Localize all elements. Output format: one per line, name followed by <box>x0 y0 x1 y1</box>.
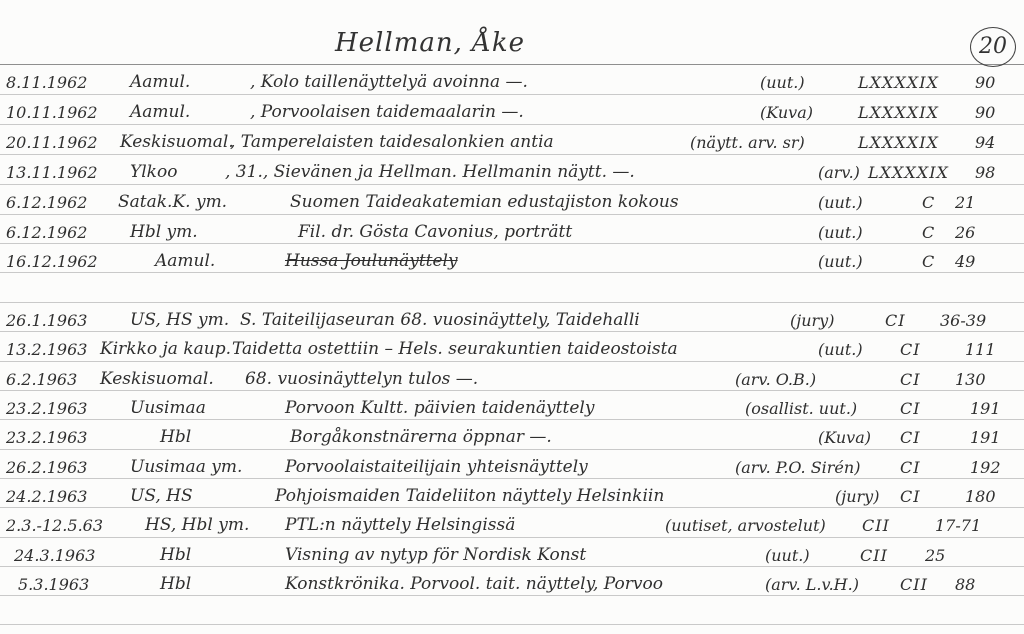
ruled-line <box>0 154 1024 155</box>
entry-date: 6.12.1962 <box>6 223 87 242</box>
entry-type: (jury) <box>790 311 834 330</box>
entry-type: (arv. P.O. Sirén) <box>735 458 860 477</box>
entry-source: Satak.K. ym. <box>118 192 227 212</box>
entry-date: 13.11.1962 <box>6 163 98 182</box>
entry-row: 20.11.1962 Keskisuomal. , Tamperelaisten… <box>0 126 1024 154</box>
entry-row: 6.2.1963 Keskisuomal. 68. vuosinäyttelyn… <box>0 363 1024 391</box>
entry-page: 49 <box>955 252 975 271</box>
entry-type: (näytt. arv. sr) <box>690 133 805 152</box>
ruled-line <box>0 449 1024 450</box>
entry-page: 36-39 <box>940 311 986 330</box>
ruled-line <box>0 214 1024 215</box>
entry-source: US, HS <box>130 486 193 506</box>
ruled-line <box>0 94 1024 95</box>
entry-title: 68. vuosinäyttelyn tulos —. <box>245 369 478 389</box>
ruled-line <box>0 624 1024 625</box>
ruled-line <box>0 124 1024 125</box>
entry-page: 94 <box>975 133 995 152</box>
entry-volume: C <box>922 252 935 271</box>
entry-date: 26.1.1963 <box>6 311 87 330</box>
entry-source: Hbl ym. <box>130 222 198 242</box>
entry-date: 23.2.1963 <box>6 399 87 418</box>
entry-date: 8.11.1962 <box>6 73 87 92</box>
entry-source: Keskisuomal. <box>120 132 234 152</box>
entry-page: 180 <box>965 487 996 506</box>
entry-row: 13.2.1963 Kirkko ja kaup. Taidetta ostet… <box>0 333 1024 361</box>
entry-source: Ylkoo <box>130 162 177 182</box>
entry-source: Uusimaa ym. <box>130 457 242 477</box>
entry-date: 24.3.1963 <box>14 546 95 565</box>
entry-title: S. Taiteilijaseuran 68. vuosinäyttely, T… <box>240 310 640 330</box>
entry-source: Aamul. <box>130 102 190 122</box>
entry-volume: C <box>922 193 935 212</box>
entry-volume: CII <box>860 546 888 565</box>
entry-volume: LXXXXIX <box>858 103 939 122</box>
entry-title: Hussa Joulunäyttely <box>285 251 458 271</box>
entry-source: HS, Hbl ym. <box>145 515 249 535</box>
entry-volume: CII <box>862 516 890 535</box>
entry-title: Konstkrönika. Porvool. tait. näyttely, P… <box>285 574 663 594</box>
entry-type: (uut.) <box>760 73 805 92</box>
entry-title: Fil. dr. Gösta Cavonius, porträtt <box>298 222 572 242</box>
entry-row: 6.12.1962 Hbl ym. Fil. dr. Gösta Cavoniu… <box>0 216 1024 244</box>
entry-row: 24.2.1963 US, HS Pohjoismaiden Taideliit… <box>0 480 1024 508</box>
entry-title: Suomen Taideakatemian edustajiston kokou… <box>290 192 679 212</box>
entry-page: 111 <box>965 340 996 359</box>
entry-title: , Porvoolaisen taidemaalarin —. <box>250 102 524 122</box>
entry-title: Borgåkonstnärerna öppnar —. <box>290 427 552 447</box>
entry-source: Uusimaa <box>130 398 206 418</box>
entry-type: (jury) <box>835 487 879 506</box>
entry-type: (uutiset, arvostelut) <box>665 516 826 535</box>
entry-row: 16.12.1962 Aamul. Hussa Joulunäyttely (u… <box>0 245 1024 273</box>
entry-row: 13.11.1962 Ylkoo , 31., Sievänen ja Hell… <box>0 156 1024 184</box>
entry-volume: CI <box>885 311 906 330</box>
entry-row: 5.3.1963 Hbl Konstkrönika. Porvool. tait… <box>0 568 1024 596</box>
entry-type: (arv.) <box>818 163 860 182</box>
entry-date: 10.11.1962 <box>6 103 98 122</box>
entry-title: PTL:n näyttely Helsingissä <box>285 515 515 535</box>
ruled-line <box>0 302 1024 303</box>
entry-date: 26.2.1963 <box>6 458 87 477</box>
entry-source: Kirkko ja kaup. <box>100 339 231 359</box>
entry-title: Porvoolaistaiteilijain yhteisnäyttely <box>285 457 588 477</box>
entry-title: Pohjoismaiden Taideliiton näyttely Helsi… <box>275 486 664 506</box>
index-card: Hellman, Åke 20 8.11.1962 Aamul. , Kolo … <box>0 0 1024 634</box>
entry-type: (osallist. uut.) <box>745 399 857 418</box>
entry-date: 2.3.-12.5.63 <box>6 516 103 535</box>
entry-row: 26.2.1963 Uusimaa ym. Porvoolaistaiteili… <box>0 451 1024 479</box>
entry-page: 130 <box>955 370 986 389</box>
ruled-line <box>0 537 1024 538</box>
entry-type: (arv. O.B.) <box>735 370 816 389</box>
entry-title: , Kolo taillenäyttelyä avoinna —. <box>250 72 528 92</box>
entry-page: 26 <box>955 223 975 242</box>
entry-volume: CI <box>900 399 921 418</box>
entry-page: 25 <box>925 546 945 565</box>
entry-source: Aamul. <box>130 72 190 92</box>
entry-date: 6.2.1963 <box>6 370 77 389</box>
entry-row: 23.2.1963 Hbl Borgåkonstnärerna öppnar —… <box>0 421 1024 449</box>
entry-source: Keskisuomal. <box>100 369 214 389</box>
entry-volume: C <box>922 223 935 242</box>
entry-source: Aamul. <box>155 251 215 271</box>
entry-type: (uut.) <box>818 193 863 212</box>
entry-title: , Tamperelaisten taidesalonkien antia <box>230 132 554 152</box>
entry-date: 5.3.1963 <box>18 575 89 594</box>
entry-page: 192 <box>970 458 1001 477</box>
entry-date: 20.11.1962 <box>6 133 98 152</box>
entry-type: (Kuva) <box>818 428 871 447</box>
entry-type: (uut.) <box>818 223 863 242</box>
entry-row: 24.3.1963 Hbl Visning av nytyp för Nordi… <box>0 539 1024 567</box>
entry-source: Hbl <box>160 545 191 565</box>
entry-volume: LXXXXIX <box>868 163 949 182</box>
entry-date: 16.12.1962 <box>6 252 98 271</box>
entry-type: (arv. L.v.H.) <box>765 575 859 594</box>
entry-title: Taidetta ostettiin – Hels. seurakuntien … <box>232 339 678 359</box>
entry-page: 90 <box>975 73 995 92</box>
entry-source: Hbl <box>160 427 191 447</box>
entry-page: 17-71 <box>935 516 981 535</box>
entry-volume: CI <box>900 487 921 506</box>
entry-date: 24.2.1963 <box>6 487 87 506</box>
entry-volume: CI <box>900 428 921 447</box>
entry-volume: CII <box>900 575 928 594</box>
entry-type: (uut.) <box>765 546 810 565</box>
entry-title: Visning av nytyp för Nordisk Konst <box>285 545 586 565</box>
ruled-line <box>0 361 1024 362</box>
entry-row: 8.11.1962 Aamul. , Kolo taillenäyttelyä … <box>0 66 1024 94</box>
ruled-line <box>0 184 1024 185</box>
entry-row: 2.3.-12.5.63 HS, Hbl ym. PTL:n näyttely … <box>0 509 1024 537</box>
entry-volume: LXXXXIX <box>858 133 939 152</box>
entry-title: , 31., Sievänen ja Hellman. Hellmanin nä… <box>225 162 635 182</box>
entry-page: 191 <box>970 399 1001 418</box>
card-number-circled: 20 <box>970 27 1016 67</box>
entry-volume: CI <box>900 370 921 389</box>
entry-page: 191 <box>970 428 1001 447</box>
entry-row: 10.11.1962 Aamul. , Porvoolaisen taidema… <box>0 96 1024 124</box>
entry-source: US, HS ym. <box>130 310 229 330</box>
entry-date: 6.12.1962 <box>6 193 87 212</box>
card-title: Hellman, Åke <box>335 28 525 58</box>
entry-title: Porvoon Kultt. päivien taidenäyttely <box>285 398 594 418</box>
entry-row: 6.12.1962 Satak.K. ym. Suomen Taideakate… <box>0 186 1024 214</box>
entry-source: Hbl <box>160 574 191 594</box>
entry-row: 26.1.1963 US, HS ym. S. Taiteilijaseuran… <box>0 304 1024 332</box>
entry-type: (Kuva) <box>760 103 813 122</box>
entry-volume: CI <box>900 458 921 477</box>
entry-date: 23.2.1963 <box>6 428 87 447</box>
entry-volume: LXXXXIX <box>858 73 939 92</box>
entry-page: 21 <box>955 193 975 212</box>
header-rule <box>0 64 1024 65</box>
entry-type: (uut.) <box>818 252 863 271</box>
entry-volume: CI <box>900 340 921 359</box>
entry-date: 13.2.1963 <box>6 340 87 359</box>
entry-type: (uut.) <box>818 340 863 359</box>
entry-page: 88 <box>955 575 975 594</box>
entry-row: 23.2.1963 Uusimaa Porvoon Kultt. päivien… <box>0 392 1024 420</box>
entry-page: 98 <box>975 163 995 182</box>
entry-page: 90 <box>975 103 995 122</box>
